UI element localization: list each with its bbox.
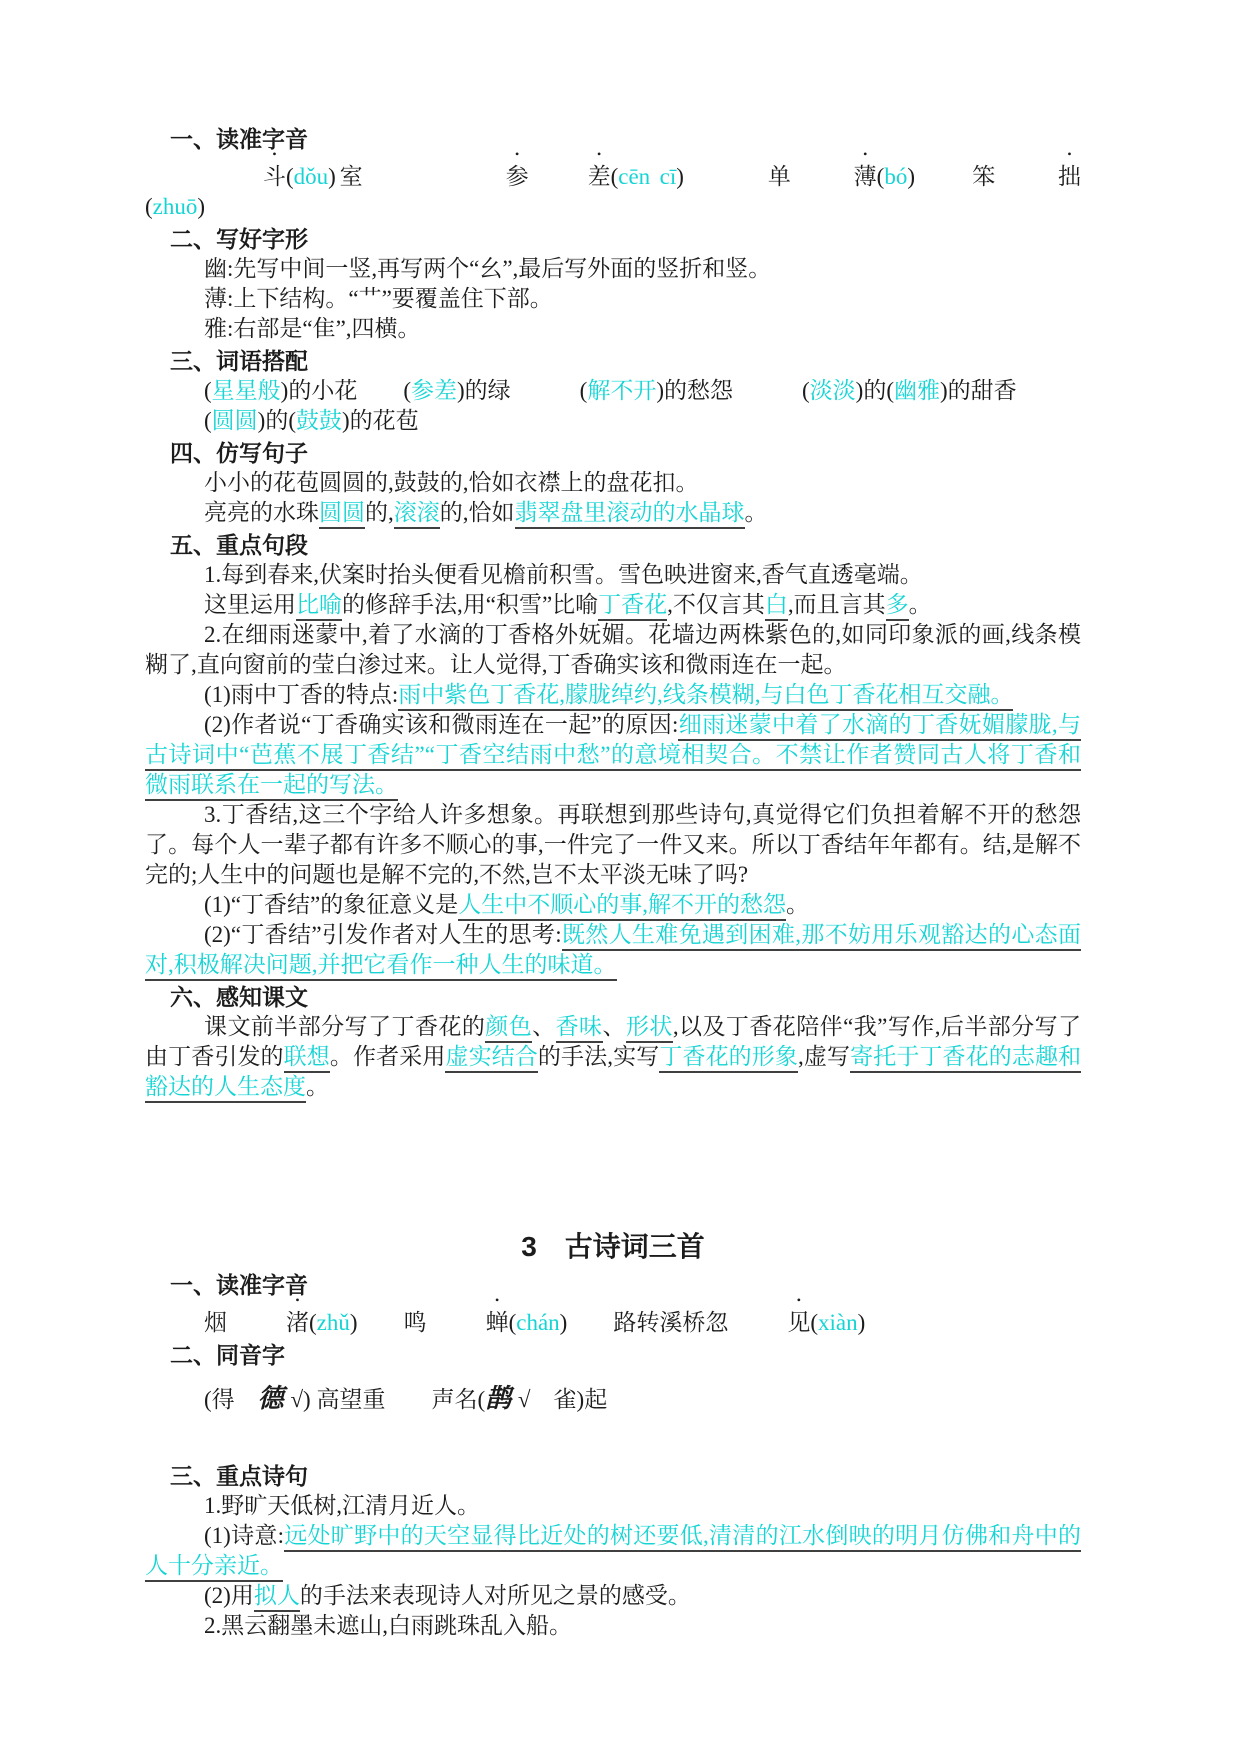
answer-text: 多 bbox=[886, 592, 909, 621]
text-run: ,不仅言其 bbox=[667, 592, 765, 617]
paragraph: (2)作者说“丁香确实该和微雨连在一起”的原因:细雨迷蒙中着了水滴的丁香妩媚朦胧… bbox=[145, 710, 1081, 800]
answer-text: 联想 bbox=[284, 1044, 330, 1073]
text-run: (得 bbox=[204, 1387, 258, 1412]
text-run: )的( bbox=[856, 378, 894, 403]
text-run: )的绿 ( bbox=[457, 378, 587, 403]
text-run: 薄:上下结构。“艹”要覆盖住下部。 bbox=[204, 286, 553, 311]
pinyin-text: 鼓鼓 bbox=[296, 408, 342, 433]
paragraph: (2)用拟人的手法来表现诗人对所见之景的感受。 bbox=[145, 1581, 1081, 1611]
text-run: 。 bbox=[786, 892, 809, 917]
text-run: 的,恰如 bbox=[440, 500, 515, 525]
dotted-char: 渚 bbox=[227, 1308, 309, 1338]
section-heading: 一、读准字音 bbox=[145, 124, 1081, 154]
paragraph: 课文前半部分写了丁香花的颜色、香味、形状,以及丁香花陪伴“我”写作,后半部分写了… bbox=[145, 1012, 1081, 1102]
paragraph: (1)诗意:远处旷野中的天空显得比近处的树还要低,清清的江水倒映的明月仿佛和舟中… bbox=[145, 1521, 1081, 1581]
text-run: 。 bbox=[745, 500, 768, 525]
text-run: )的( bbox=[258, 408, 296, 433]
pinyin-text: zhuō bbox=[153, 194, 198, 219]
text-run: ( bbox=[309, 1310, 317, 1335]
paragraph: (星星般)的小花 (参差)的绿 (解不开)的愁怨 (淡淡)的(幽雅)的甜香 bbox=[145, 376, 1081, 406]
study-notes-page: { "page": { "accent": "#17d4d4", "underl… bbox=[0, 0, 1241, 1754]
text-run: 小小的花苞圆圆的,鼓鼓的,恰如衣襟上的盘花扣。 bbox=[204, 470, 699, 495]
text-run: ) 单 bbox=[676, 164, 794, 189]
text-run: ,虚写 bbox=[798, 1044, 850, 1069]
paragraph: 亮亮的水珠圆圆的,滚滚的,恰如翡翠盘里滚动的水晶球。 bbox=[145, 498, 1081, 528]
answer-text: 拟人 bbox=[254, 1583, 300, 1612]
text-run: )的愁怨 ( bbox=[656, 378, 809, 403]
answer-text: 远处旷野中的天空显得比近处的树还要低,清清的江水倒映的明月仿佛和舟中的人十分亲近… bbox=[145, 1523, 1081, 1582]
paragraph: 斗(dǒu)室 参差(cēn cī) 单薄(bó) 笨拙(zhuō) bbox=[145, 162, 1081, 222]
section-heading: 四、仿写句子 bbox=[145, 438, 1081, 468]
text-run: ( bbox=[145, 194, 153, 219]
text-run: )的花苞 bbox=[342, 408, 419, 433]
handwritten-answer: 德 bbox=[258, 1384, 285, 1413]
text-run: 。 bbox=[909, 592, 932, 617]
text-run: 这里运用 bbox=[204, 592, 296, 617]
handwritten-answer: 鹊 bbox=[485, 1384, 512, 1413]
text-run: 。作者采用 bbox=[330, 1044, 446, 1069]
paragraph: 烟渚(zhǔ) 鸣蝉(chán) 路转溪桥忽见(xiàn) bbox=[145, 1308, 1081, 1338]
text-run: 2.黑云翻墨未遮山,白雨跳珠乱入船。 bbox=[204, 1613, 572, 1638]
pinyin-text: 星星般 bbox=[212, 378, 281, 403]
paragraph: (1)雨中丁香的特点:雨中紫色丁香花,朦胧绰约,线条模糊,与白色丁香花相互交融。 bbox=[145, 680, 1081, 710]
text-run: (1)雨中丁香的特点: bbox=[204, 682, 398, 707]
section-heading: 二、写好字形 bbox=[145, 224, 1081, 254]
paragraph: 这里运用比喻的修辞手法,用“积雪”比喻丁香花,不仅言其白,而且言其多。 bbox=[145, 590, 1081, 620]
pinyin-text: 淡淡 bbox=[810, 378, 856, 403]
answer-text: 比喻 bbox=[296, 592, 342, 621]
document-body: 一、读准字音斗(dǒu)室 参差(cēn cī) 单薄(bó) 笨拙(zhuō)… bbox=[0, 0, 1241, 1641]
text-run: (1)“丁香结”的象征意义是 bbox=[204, 892, 458, 917]
paragraph: 幽:先写中间一竖,再写两个“幺”,最后写外面的竖折和竖。 bbox=[145, 254, 1081, 284]
text-run: ) bbox=[858, 1310, 866, 1335]
text-run: 、 bbox=[603, 1014, 626, 1039]
pinyin-text: xiàn bbox=[818, 1310, 858, 1335]
paragraph: (得 德 √) 高望重 声名(鹊 √ 雀)起 bbox=[145, 1384, 1081, 1415]
dotted-char: 见 bbox=[728, 1308, 810, 1338]
paragraph: 薄:上下结构。“艹”要覆盖住下部。 bbox=[145, 284, 1081, 314]
text-run: √) 高望重 声名( bbox=[285, 1387, 485, 1412]
text-run: 、 bbox=[532, 1014, 555, 1039]
lesson-title: 3 古诗词三首 bbox=[145, 1230, 1081, 1264]
text-run: )的小花 ( bbox=[281, 378, 411, 403]
pinyin-text: 解不开 bbox=[587, 378, 656, 403]
section-heading: 六、感知课文 bbox=[145, 982, 1081, 1012]
text-run: (1)诗意: bbox=[204, 1523, 284, 1548]
text-run: ,而且言其 bbox=[788, 592, 886, 617]
answer-text: 雨中紫色丁香花,朦胧绰约,线条模糊,与白色丁香花相互交融。 bbox=[398, 682, 1013, 711]
text-run: 的手法,实写 bbox=[538, 1044, 659, 1069]
answer-text: 虚实结合 bbox=[445, 1044, 537, 1073]
dotted-char: 薄 bbox=[795, 162, 877, 192]
text-run: 1.野旷天低树,江清月近人。 bbox=[204, 1493, 480, 1518]
text-run: ) bbox=[197, 194, 205, 219]
answer-text: 滚滚 bbox=[394, 500, 440, 529]
text-run: (2)作者说“丁香确实该和微雨连在一起”的原因: bbox=[204, 712, 678, 737]
text-run: 的, bbox=[365, 500, 394, 525]
paragraph: (圆圆)的(鼓鼓)的花苞 bbox=[145, 406, 1081, 436]
pinyin-text: cēn cī bbox=[618, 164, 676, 189]
dotted-char: 差 bbox=[529, 162, 611, 192]
dotted-char: 参 bbox=[447, 162, 529, 192]
text-run: (2)用 bbox=[204, 1583, 254, 1608]
text-run: 的手法来表现诗人对所见之景的感受。 bbox=[300, 1583, 691, 1608]
dotted-char: 蝉 bbox=[427, 1308, 509, 1338]
paragraph: 2.黑云翻墨未遮山,白雨跳珠乱入船。 bbox=[145, 1611, 1081, 1641]
text-run: ) 鸣 bbox=[350, 1310, 427, 1335]
text-run: 的修辞手法,用“积雪”比喻 bbox=[342, 592, 598, 617]
text-run: 课文前半部分写了丁香花的 bbox=[204, 1014, 485, 1039]
answer-text: 圆圆 bbox=[319, 500, 365, 529]
paragraph: 1.每到春来,伏案时抬头便看见檐前积雪。雪色映进窗来,香气直透毫端。 bbox=[145, 560, 1081, 590]
paragraph: 2.在细雨迷蒙中,着了水滴的丁香格外妩媚。花墙边两株紫色的,如同印象派的画,线条… bbox=[145, 620, 1081, 680]
pinyin-text: dǒu bbox=[294, 164, 329, 189]
paragraph: 3.丁香结,这三个字给人许多想象。再联想到那些诗句,真觉得它们负担着解不开的愁怨… bbox=[145, 800, 1081, 890]
answer-text: 丁香花 bbox=[598, 592, 667, 621]
dotted-char: 斗 bbox=[204, 162, 286, 192]
paragraph: (2)“丁香结”引发作者对人生的思考:既然人生难免遇到困难,那不妨用乐观豁达的心… bbox=[145, 920, 1081, 980]
section-heading: 三、词语搭配 bbox=[145, 346, 1081, 376]
answer-text: 香味 bbox=[556, 1014, 603, 1043]
pinyin-text: zhǔ bbox=[317, 1310, 350, 1335]
text-run: 雅:右部是“隹”,四横。 bbox=[204, 316, 421, 341]
text-run: 。 bbox=[306, 1074, 329, 1099]
section-heading: 三、重点诗句 bbox=[145, 1461, 1081, 1491]
pinyin-text: 圆圆 bbox=[212, 408, 258, 433]
paragraph: (1)“丁香结”的象征意义是人生中不顺心的事,解不开的愁怨。 bbox=[145, 890, 1081, 920]
pinyin-text: chán bbox=[516, 1310, 559, 1335]
dotted-char: 拙 bbox=[999, 162, 1081, 192]
answer-text: 丁香花的形象 bbox=[659, 1044, 798, 1073]
text-run: ) 路转溪桥忽 bbox=[560, 1310, 729, 1335]
text-run: 亮亮的水珠 bbox=[204, 500, 319, 525]
text-run: ) 笨 bbox=[907, 164, 999, 189]
section-heading: 五、重点句段 bbox=[145, 530, 1081, 560]
text-run: 3.丁香结,这三个字给人许多想象。再联想到那些诗句,真觉得它们负担着解不开的愁怨… bbox=[145, 802, 1081, 887]
answer-text: 白 bbox=[765, 592, 788, 621]
pinyin-text: 幽雅 bbox=[894, 378, 940, 403]
text-run: ( bbox=[286, 164, 294, 189]
text-run: 幽:先写中间一竖,再写两个“幺”,最后写外面的竖折和竖。 bbox=[204, 256, 771, 281]
pinyin-text: 参差 bbox=[411, 378, 457, 403]
answer-text: 形状 bbox=[626, 1014, 673, 1043]
answer-text: 翡翠盘里滚动的水晶球 bbox=[515, 500, 745, 529]
text-run: (2)“丁香结”引发作者对人生的思考: bbox=[204, 922, 562, 947]
section-heading: 二、同音字 bbox=[145, 1340, 1081, 1370]
answer-text: 颜色 bbox=[485, 1014, 532, 1043]
pinyin-text: bó bbox=[884, 164, 907, 189]
text-run: 烟 bbox=[204, 1310, 227, 1335]
text-run: 1.每到春来,伏案时抬头便看见檐前积雪。雪色映进窗来,香气直透毫端。 bbox=[204, 562, 923, 587]
text-run: 2.在细雨迷蒙中,着了水滴的丁香格外妩媚。花墙边两株紫色的,如同印象派的画,线条… bbox=[145, 622, 1081, 677]
paragraph: 雅:右部是“隹”,四横。 bbox=[145, 314, 1081, 344]
paragraph: 1.野旷天低树,江清月近人。 bbox=[145, 1491, 1081, 1521]
text-run: )室 bbox=[328, 164, 446, 189]
paragraph: 小小的花苞圆圆的,鼓鼓的,恰如衣襟上的盘花扣。 bbox=[145, 468, 1081, 498]
text-run: )的甜香 bbox=[940, 378, 1017, 403]
text-run: ( bbox=[810, 1310, 818, 1335]
text-run: √ 雀)起 bbox=[512, 1387, 607, 1412]
text-run: ( bbox=[204, 408, 212, 433]
answer-text: 人生中不顺心的事,解不开的愁怨 bbox=[458, 892, 786, 921]
text-run: ( bbox=[204, 378, 212, 403]
